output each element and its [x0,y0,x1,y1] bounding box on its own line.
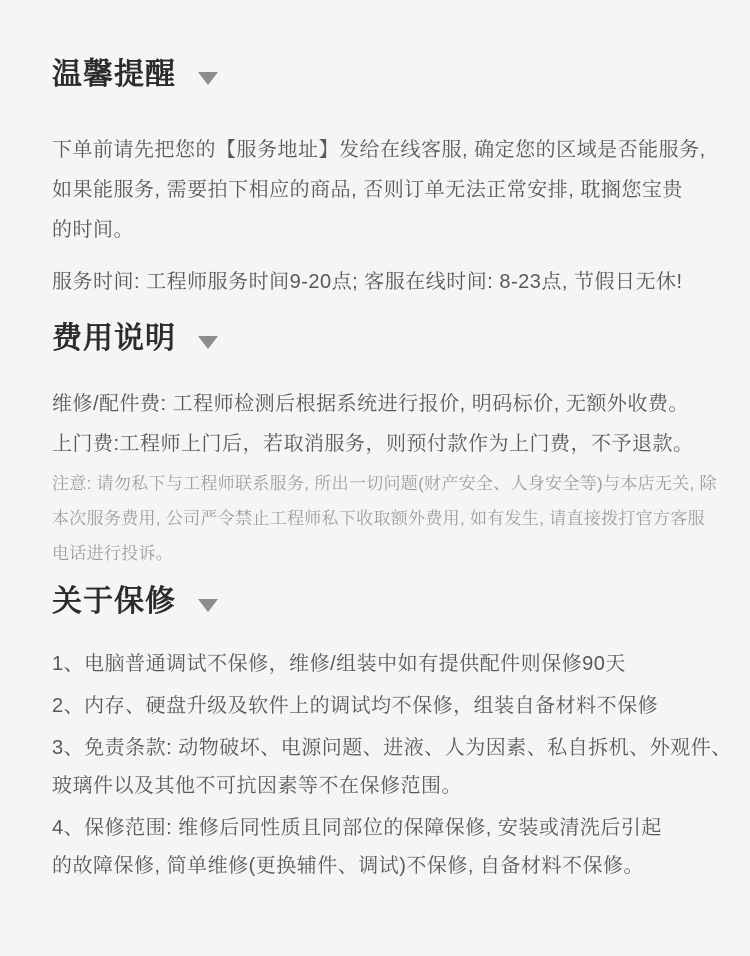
warranty-terms-list: 1、电脑普通调试不保修，维修/组装中如有提供配件则保修90天 2、内存、硬盘升级… [52,645,736,885]
warranty-item-4: 4、保修范围: 维修后同性质且同部位的保障保修, 安装或清洗后引起 的故障保修,… [52,809,736,885]
warranty-item-2: 2、内存、硬盘升级及软件上的调试均不保修，组装自备材料不保修 [52,687,736,725]
warranty-item-3: 3、免责条款: 动物破坏、电源问题、进液、人为因素、私自拆机、外观件、 玻璃件以… [52,729,736,805]
section-title-fee-description: 费用说明 [52,320,176,358]
paragraph-fee-warning-note: 注意: 请勿私下与工程师联系服务, 所出一切问题(财产安全、人身安全等)与本店无… [52,466,736,571]
section-fee-description: 费用说明 维修/配件费: 工程师检测后根据系统进行报价, 明码标价, 无额外收费… [52,320,736,571]
warranty-item-1: 1、电脑普通调试不保修，维修/组装中如有提供配件则保修90天 [52,645,736,683]
section-header-fee-description[interactable]: 费用说明 [52,320,736,358]
chevron-down-icon [198,599,218,612]
section-warm-reminder: 温馨提醒 下单前请先把您的【服务地址】发给在线客服, 确定您的区域是否能服务, … [52,56,736,302]
section-header-warm-reminder[interactable]: 温馨提醒 [52,56,736,94]
service-notice-page: { "colors": { "page_background": "#f5f5f… [0,0,750,956]
section-title-warm-reminder: 温馨提醒 [52,56,176,94]
section-title-about-warranty: 关于保修 [52,583,176,621]
section-header-about-warranty[interactable]: 关于保修 [52,583,736,621]
paragraph-address-notice: 下单前请先把您的【服务地址】发给在线客服, 确定您的区域是否能服务, 如果能服务… [52,130,736,250]
chevron-down-icon [198,336,218,349]
paragraph-service-hours: 服务时间: 工程师服务时间9-20点; 客服在线时间: 8-23点, 节假日无休… [52,262,736,302]
chevron-down-icon [198,72,218,85]
paragraph-fees: 维修/配件费: 工程师检测后根据系统进行报价, 明码标价, 无额外收费。 上门费… [52,384,736,464]
section-about-warranty: 关于保修 1、电脑普通调试不保修，维修/组装中如有提供配件则保修90天 2、内存… [52,583,736,885]
